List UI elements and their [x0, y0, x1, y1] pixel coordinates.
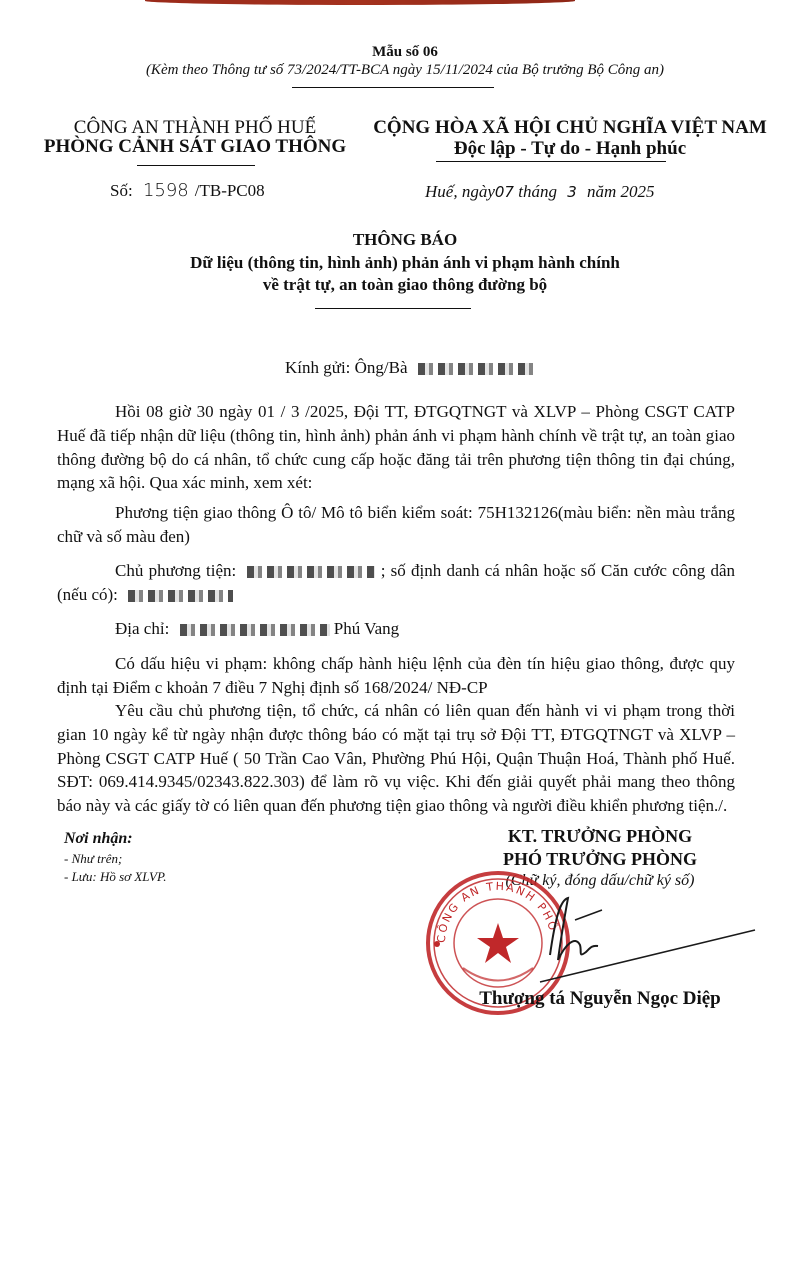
address-visible: Phú Vang [334, 619, 399, 638]
issuing-department: PHÒNG CẢNH SÁT GIAO THÔNG [40, 136, 350, 158]
date-year: năm 2025 [587, 182, 655, 201]
paragraph-vehicle: Phương tiện giao thông Ô tô/ Mô tô biển … [57, 501, 735, 549]
motto-underline [436, 161, 666, 162]
redacted-owner [247, 566, 375, 578]
document-number: Số: 1598/TB-PC08 [110, 180, 265, 201]
redacted-id [128, 590, 233, 602]
addressee: Kính gửi: Ông/Bà [285, 358, 538, 378]
attached-circular: (Kèm theo Thông tư số 73/2024/TT-BCA ngà… [0, 62, 810, 79]
handwritten-signature-icon [520, 890, 760, 990]
number-handwritten: 1598 [137, 180, 195, 201]
addressee-label: Kính gửi: Ông/Bà [285, 358, 408, 377]
number-prefix: Số: [110, 181, 133, 200]
top-binding-band [145, 0, 575, 5]
recipient-item: - Như trên; [64, 851, 122, 867]
paragraph-owner: Chủ phương tiện: ; số định danh cá nhân … [57, 559, 735, 607]
department-underline [137, 165, 255, 166]
notice-title: THÔNG BÁO [0, 230, 810, 250]
signature-authority: KT. TRƯỞNG PHÒNG [430, 826, 770, 847]
national-motto: Độc lập - Tự do - Hạnh phúc [355, 138, 785, 160]
national-title: CỘNG HÒA XÃ HỘI CHỦ NGHĨA VIỆT NAM [355, 117, 785, 139]
notice-subtitle-2: về trật tự, an toàn giao thông đường bộ [0, 275, 810, 295]
paragraph-receipt: Hồi 08 giờ 30 ngày 01 / 3 /2025, Đội TT,… [57, 400, 735, 495]
redacted-name [418, 363, 538, 375]
date-month-label: tháng [518, 182, 557, 201]
header-divider [292, 87, 494, 88]
signature-title: PHÓ TRƯỞNG PHÒNG [430, 849, 770, 870]
paragraph-address: Địa chỉ: Phú Vang [57, 617, 735, 641]
owner-label: Chủ phương tiện: [115, 561, 236, 580]
paragraph-request: Yêu cầu chủ phương tiện, tổ chức, cá nhâ… [57, 699, 735, 818]
paragraph-violation: Có dấu hiệu vi phạm: không chấp hành hiệ… [57, 652, 735, 700]
number-suffix: /TB-PC08 [195, 181, 265, 200]
recipients-label: Nơi nhận: [64, 830, 133, 848]
title-underline [315, 308, 471, 309]
address-label: Địa chỉ: [115, 619, 169, 638]
date-day: 07 [495, 183, 514, 201]
date-month: 3 [561, 183, 583, 201]
signer-name: Thượng tá Nguyễn Ngọc Diệp [430, 988, 770, 1010]
form-number: Mẫu số 06 [0, 44, 810, 61]
issue-date: Huế, ngày07 tháng 3 năm 2025 [425, 182, 655, 202]
redacted-address [180, 624, 330, 636]
notice-subtitle-1: Dữ liệu (thông tin, hình ảnh) phản ánh v… [0, 253, 810, 273]
recipient-item: - Lưu: Hồ sơ XLVP. [64, 869, 167, 885]
date-prefix: Huế, ngày [425, 182, 495, 201]
